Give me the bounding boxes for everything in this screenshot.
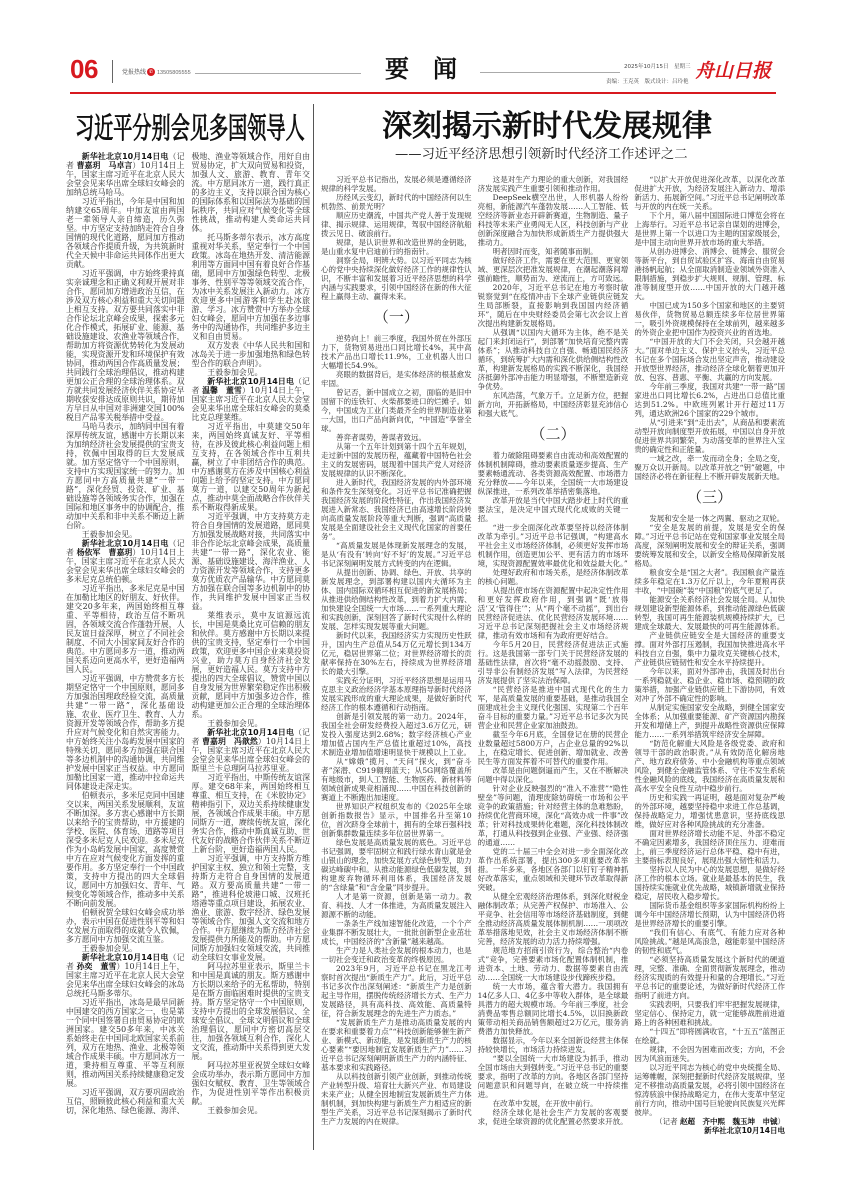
section-marker-2: （二） xyxy=(478,426,629,443)
section-3-paragraph: “我们有信心、有底气、有能力应对各种风险挑战。”越是风高浪急，越能彰显中国经济的… xyxy=(634,928,785,955)
main-story-subtitle: ——习近平经济思想引领新时代经济工作述评之二 xyxy=(395,147,688,163)
section-2-paragraph: 规范地方招商引资行为，综合整治“内卷式”竞争，完善要素市场化配置体制机制，推进资… xyxy=(478,946,629,982)
reporter-names: 孙奕 董雪 xyxy=(77,962,117,971)
article-paragraph: 习近平指出，冰岛是最早同新中国建交的西方国家之一，也是第一个同中国签署自由贸易协… xyxy=(66,998,185,1088)
article-paragraph: 伯顿表示，多米尼克同中国建交以来，两国关系发展顺利，友谊不断加深。多方衷心感谢中… xyxy=(66,791,185,908)
section-2-paragraph: 从创办进博会、消博会、链博会、服贸会等新平台，到自贸试验区扩容、海南自由贸易港扬… xyxy=(634,247,785,301)
article-paragraph: 习近平强调，中方始终秉持真实亲诚理念和正确义利观开展对非合作，愿同加方增进政治互… xyxy=(66,269,185,422)
section-1-paragraph: 从第一个五年计划到第十四个五年规划，走过新中国的发展历程，蕴藏着中国特色社会主义… xyxy=(321,442,472,478)
section-1-paragraph: 从提出创新、协调、绿色、开放、共享的新发展理念，到部署构建以国内大循环为主体、国… xyxy=(321,568,472,631)
section-2-paragraph: 改革是由问题倒逼而产生，又在不断解决问题中得以深化。 xyxy=(478,766,629,784)
intro-paragraph: 顺应历史潮流，中国共产党人善于发现规律、揭示规律、运用规律，驾驭中国经济航船拨云… xyxy=(321,211,472,238)
section-3-paragraph: 今年以来，面对外部冲击，我国及时出台一系列稳就业、稳企业、稳市场、稳预期的政策举… xyxy=(634,667,785,703)
dateline-paragraph: 新华社北京10月14日电（记者 杨依军 曹嘉玥）10月14日上午，国家主席习近平… xyxy=(66,539,185,584)
column-divider xyxy=(313,104,314,1150)
article-paragraph: 莱维表示，莫中友谊源远流长，中国是莫桑比克可信赖的朋友和伙伴。莫方感谢中方长期以… xyxy=(192,611,311,719)
section-2-paragraph: 统一大市场，蕴含着大潜力。我国拥有14亿多人口、4亿多中等收入群体，是全球最具潜… xyxy=(478,982,629,1036)
section-2-paragraph: 党的二十届三中全会对进一步全面深化改革作出系统部署，提出300多项重要改革举措。… xyxy=(478,847,629,892)
byline-dateline: 新华社北京10月14日电 xyxy=(634,1126,785,1135)
byline-reporters: （记者 赵超 齐中熙 魏玉坤 申铖） xyxy=(634,1117,785,1126)
header-rule-right xyxy=(480,72,620,73)
section-2-paragraph: 从健全宏观经济治理体系，到深化财税金融体制改革；从完善产权保护、市场准入、公平竞… xyxy=(478,892,629,946)
reporter-names: 曹嘉玥 冯歆然 xyxy=(202,737,258,746)
section-2-paragraph: 截至今年6月底，全国登记在册的民营企业数量超过5800万户，占企业总量的92%以… xyxy=(478,730,629,766)
section-1-paragraph: 2023年9月，习近平总书记在黑龙江考察时首次提出“新质生产力”。此后，习近平总… xyxy=(321,964,472,1018)
section-2-paragraph: 改革开放是当代中国大踏步赶上时代的重要法宝，是决定中国式现代化成败的关键一招。 xyxy=(478,496,629,523)
section-2-paragraph: 下个月，第八届中国国际进口博览会将在上海举行。习近平总书记亲自谋划的进博会，是世… xyxy=(634,211,785,247)
dateline-agency: 新华社北京10月14日电 xyxy=(82,953,169,962)
header-rule-left xyxy=(195,73,361,74)
section-1-paragraph: 创新是引领发展的第一动力。2024年，我国全社会研发经费投入超过3.6万亿元，研… xyxy=(321,712,472,757)
meeting-article-mozambique: 新华社北京10月14日电（记者 温馨 董雪）10月14日上午，国家主席习近平在北… xyxy=(192,377,311,728)
section-2-paragraph: 从提出使市场在资源配置中起决定性作用和更好发挥政府作用，到强调“既‘放得活’又‘… xyxy=(478,586,629,640)
section-2-paragraph: 经济全球化是社会生产力发展的客观要求，促进全球资源的优化配置必然要求开放。 xyxy=(478,1108,629,1126)
article-paragraph: 习近平指出，今年是中国和加纳建交65周年。中加友谊由两国老一辈领导人亲自缔造，历… xyxy=(66,197,185,269)
byline-suffix: ） xyxy=(777,1117,785,1126)
section-1-paragraph: 新时代以来，我国经济实力实现历史性跃升，国内生产总值从54万亿元增长到134万亿… xyxy=(321,631,472,676)
reporter-names: 温馨 董雪 xyxy=(202,386,242,395)
page-number: 06 xyxy=(70,55,98,83)
section-2-paragraph: 从“引进来”到“走出去”，从商品和要素流动型开放向制度型开放拓展，中国以自身开放… xyxy=(634,418,785,454)
section-2-paragraph: 中国已成为150多个国家和地区的主要贸易伙伴，货物贸易总额连续多年位居世界第一，… xyxy=(634,301,785,337)
section-2-paragraph: “民营经济是推进中国式现代化的生力军，是高质量发展的重要基础，是推动我国全面建成… xyxy=(478,685,629,730)
hotline-label: 党报热线 xyxy=(122,69,146,77)
header-red-rule xyxy=(70,92,776,94)
article-paragraph: 王毅参加会见。 xyxy=(66,530,185,539)
section-3-paragraph: 实践表明，只要我们牢牢把握发展规律，坚定信心、保持定力，就一定能够战胜前进道路上… xyxy=(634,1000,785,1027)
section-2-paragraph: 一域之改，牵一发而动全身；全局之变，聚万众以开新局。以改革开放之“钥”破题，中国… xyxy=(634,454,785,481)
article-paragraph: 习近平指出，中斯传统友谊深厚。建交68年来，两国始终相互尊重、相互支持，在《米胶… xyxy=(192,773,311,854)
section-1-paragraph: 2020年，习近平总书记在地方考察时敏锐察觉到“在疫情冲击下全球产业链供应链发生… xyxy=(478,283,629,328)
section-3-paragraph: 产业链供应链安全是大国经济的重要支撑。面对外部打压遏制，我国加快推进高水平科技自… xyxy=(634,631,785,667)
intro-paragraph: 习近平总书记指出，发展必须是遵循经济规律的科学发展。 xyxy=(321,175,472,193)
dateline-agency: 新华社北京10月14日电 xyxy=(207,728,294,737)
section-1-paragraph: 进入新时代，我国经济发展的内外部环境和条件发生深刻变化。习近平总书记准确把握我国… xyxy=(321,478,472,541)
reporter-names: 杨依军 曹嘉玥 xyxy=(77,548,133,557)
newspaper-page: 06 党报热线 ✆ 13505805555 要 闻 2025年10月15日 星期… xyxy=(0,0,842,1191)
section-2-paragraph: 着力破除阻碍要素自由流动和高效配置的体制机制障碍，推动要素质量逐步提高、生产要素… xyxy=(478,451,629,496)
article-paragraph: 习近平强调，中方支持莫方走符合自身国情的发展道路，愿同莫方加强发展战略对接，共同… xyxy=(192,512,311,611)
section-3-paragraph: “必须坚持高质量发展这个新时代的硬道理，完整、准确、全面贯彻新发展理念，推动经济… xyxy=(634,955,785,1000)
section-1-paragraph: 逆势向上！前三季度，我国外贸在外部压力下，货物贸易进出口同比增长4%，其中高技术… xyxy=(321,334,472,370)
section-1-paragraph: “发展新质生产力是推动高质量发展的内在要求和重要着力点”“科技创新能够催生新产业… xyxy=(321,1018,472,1072)
section-2-paragraph: 处理好政府和市场关系，是经济体制改革的核心问题。 xyxy=(478,568,629,586)
article-paragraph: 王毅参加会见。 xyxy=(66,944,185,953)
section-3-paragraph: 国际货币基金组织等多家国际机构纷纷上调今年中国经济增长预期，认为中国经济仍将是世… xyxy=(634,901,785,928)
section-3-paragraph: 坚持以人民为中心的发展思想，是做好经济工作的根本立场。就业是最基本的民生，我国持… xyxy=(634,865,785,901)
section-1-paragraph: 明者因时而变，知者随事而制。 xyxy=(478,247,629,256)
section-1-paragraph: 善弈者谋势，善谋者致远。 xyxy=(321,433,472,442)
section-1-paragraph: 生产力是人类社会发展的根本动力，也是一切社会变迁和政治变革的终极原因。 xyxy=(321,946,472,964)
dateline-agency: 新华社北京10月14日电 xyxy=(82,539,169,548)
section-marker-1: （一） xyxy=(321,309,472,326)
section-2-paragraph: 今年前三季度，我国对共建“一带一路”国家进出口同比增长6.2%，占进出口总值比重… xyxy=(634,382,785,418)
section-1-paragraph: 从“嫦娥”揽月、“天问”探火，到“奋斗者”深潜、C919翱翔蓝天；从5G网络覆盖… xyxy=(321,757,472,802)
section-1-paragraph: “高质量发展是体现新发展理念的发展，是从‘有没有’转向‘好不好’的发展。”习近平… xyxy=(321,541,472,568)
section-2-paragraph: “以扩大开放促进深化改革，以深化改革促进扩大开放，为经济发展注入新动力、增添新活… xyxy=(634,175,785,211)
section-1-paragraph: 绿色发展是高质量发展的底色。习近平总书记强调，要牢固树立和践行绿水青山就是金山银… xyxy=(321,838,472,892)
section-2-paragraph: 数据显示，今年以来全国新设经营主体保持较快增长，市场活力持续迸发。 xyxy=(478,1036,629,1054)
intro-paragraph: 洞察全局，明辨大势。以习近平同志为核心的党中央持续深化做好经济工作的规律性认识，… xyxy=(321,256,472,301)
section-2-paragraph: “要以全国统一大市场建设为抓手，推动全国市场由大到强转变。”习近平总书记的重要要… xyxy=(478,1054,629,1099)
section-3-paragraph: “防范化解重大风险是各级党委、政府和领导干部的政治职责。”从有效防范化解房地产、… xyxy=(634,739,785,793)
article-paragraph: 习近平强调，中方支持斯方维护国家主权、独立和领土完整，支持斯方走符合自身国情的发… xyxy=(192,854,311,962)
section-2-paragraph: 在改革中发展，在开放中前行。 xyxy=(478,1099,629,1108)
main-story-body: 习近平总书记指出，发展必须是遵循经济规律的科学发展。 历经风云变幻，新时代的中国… xyxy=(321,175,785,1135)
phone-icon: ✆ xyxy=(147,68,155,76)
section-1-paragraph: 做好经济工作，需要在更大范围、更宽领域、更深层次把准发展规律，在潮起潮落间增强前… xyxy=(478,256,629,283)
section-1-paragraph: 世界知识产权组织发布的《2025年全球创新指数报告》显示，中国排名升至第10位，… xyxy=(321,802,472,838)
main-story-headline: 深刻揭示新时代发展规律 xyxy=(382,110,712,144)
masthead-logo: 舟山日报 xyxy=(695,58,771,84)
header-divider xyxy=(112,60,113,83)
byline-names: 赵超 齐中熙 魏玉坤 申铖 xyxy=(680,1117,778,1126)
editor-credits: 责编：王克英 版式设计：吕玲艳 xyxy=(606,79,689,86)
section-2-paragraph: 今年5月20日，民营经济促进法正式施行。这是我国第一部专门关于民营经济发展的基础… xyxy=(478,640,629,685)
section-1-paragraph: 一条条生产线加速智能化改造，一个个产业集群不断发展壮大，一批批创新型企业茁壮成长… xyxy=(321,919,472,946)
section-2-paragraph: 针对企业反映强烈的“准入不准营”“隐性壁垒”等问题，清理废除妨碍统一市场和公平竞… xyxy=(478,784,629,847)
section-3-paragraph: 历史和实践一再证明，越是面对复杂严峻的外部环境，越要坚持稳中求进工作总基调，保持… xyxy=(634,793,785,829)
left-story-headline: 习近平分别会见多国领导人 xyxy=(75,112,305,144)
section-3-paragraph: 粮食安全是“国之大者”。我国粮食产量连续多年稳定在1.3万亿斤以上，今年夏粮再获… xyxy=(634,568,785,595)
dateline-paragraph: 新华社北京10月14日电（记者 曹嘉玥 马卓言）10月14日上午，国家主席习近平… xyxy=(66,152,185,197)
section-2-paragraph: “中国开放的大门不会关闭，只会越开越大。”面对单边主义、保护主义抬头，习近平总书… xyxy=(634,337,785,382)
section-3-paragraph: 面对世界经济增长动能不足、外部不稳定不确定因素增多，我国经济顶住压力、迎难而上，… xyxy=(634,829,785,865)
section-3-paragraph: 发展和安全是一体之两翼、驱动之双轮。 xyxy=(634,514,785,523)
article-paragraph: 双方发表《中华人民共和国和冰岛关于进一步加强地热和绿色转型合作的联合声明》。 xyxy=(192,341,311,368)
article-paragraph: 习近平指出，中莫建交50年来，两国始终真诚友好、平等相待，在涉及彼此核心利益问题… xyxy=(192,422,311,512)
section-marker-3: （三） xyxy=(634,489,785,506)
section-3-paragraph: “十四五”即将圆满收官，“十五五”蓝图正在绘就。 xyxy=(634,1027,785,1045)
article-paragraph: 王毅参加会见。 xyxy=(192,1106,311,1115)
section-3-paragraph: 以习近平同志为核心的党中央统揽全局、运筹帷幄，深刻把握新时代经济发展规律，坚定不… xyxy=(634,1063,785,1117)
dateline-paragraph: 新华社北京10月14日电（记者 温馨 董雪）10月14日上午，国家主席习近平在北… xyxy=(192,377,311,422)
article-paragraph: 托马斯多蒂尔表示，冰方高度重视对华关系，坚定奉行一个中国政策。冰岛在地热开发、清… xyxy=(192,233,311,341)
article-paragraph: 习近平强调，中方赞赏多方长期坚定恪守一个中国原则，愿同多方加强治国理政经验交流，… xyxy=(66,674,185,791)
article-paragraph: 习近平指出，多米尼克是中国在加勒比地区的好朋友、好伙伴。建交20多年来，两国始终… xyxy=(66,584,185,674)
issue-date: 2025年10月15日 星期三 xyxy=(624,64,691,71)
section-3-paragraph: “安全是发展的前提，发展是安全的保障。”习近平总书记站在党和国家事业发展全局高度… xyxy=(634,523,785,568)
article-paragraph: 伯顿祝贺全球妇女峰会成功举办，表示中国在促进性别平等和妇女发展方面取得的成就令人… xyxy=(66,908,185,944)
section-1-paragraph: 这是对生产力理论的重大创新，对我国经济发展实践产生重要引领和推动作用。 xyxy=(478,175,629,193)
section-2-paragraph: “进一步全面深化改革要坚持以经济体制改革为牵引。”习近平总书记强调，“构建高水平… xyxy=(478,523,629,568)
article-paragraph: 王毅参加会见。 xyxy=(192,719,311,728)
dateline-agency: 新华社北京10月14日电 xyxy=(82,152,169,161)
section-1-paragraph: 亮眼的数据背后，是实体经济的根基愈发牢固。 xyxy=(321,370,472,388)
section-3-paragraph: 从制定实施国家安全战略，到健全国家安全体系；从加强重要能源、矿产资源国内勘探开发… xyxy=(634,703,785,739)
section-1-paragraph: 曾记否，新中国成立之初，面临的是旧中国留下的连铁钉、火柴都要进口的烂摊子。如今，… xyxy=(321,388,472,433)
article-paragraph: 阿马拉苏里亚表示，斯里兰卡和中国是真诚的朋友。斯方感谢中方长期以来给予的无私帮助… xyxy=(192,962,311,1061)
hotline-number: 13505805555 xyxy=(157,70,191,77)
dateline-agency: 新华社北京10月14日电 xyxy=(207,377,294,386)
section-1-paragraph: DeepSeek横空出世，人形机器人纷纷亮相，新能源汽车蓬勃发展……人工智能、低… xyxy=(478,193,629,247)
section-1-paragraph: 从强调“以国内大循环为主体，绝不是关起门来封闭运行”，到部署“加快培育完整内需体… xyxy=(478,328,629,391)
meeting-article-sri-lanka: 新华社北京10月14日电（记者 曹嘉玥 冯歆然）10月14日上午，国家主席习近平… xyxy=(192,728,311,1115)
reporter-names: 曹嘉玥 马卓言 xyxy=(77,161,133,170)
section-1-paragraph: 人才是第一资源，创新是第一动力。教育、科技、人才一体推进，为高质量发展注入源源不… xyxy=(321,892,472,919)
dateline-paragraph: 新华社北京10月14日电（记者 孙奕 董雪）10月14日上午，国家主席习近平在北… xyxy=(66,953,185,998)
section-1-paragraph: 东风浩荡，气象万千。立足新方位，把握新方向，开拓新格局，中国经济彰显充沛信心和强… xyxy=(478,391,629,418)
intro-paragraph: 规律，是认识世界和改造世界的金钥匙，是山重水复中启迪前行的指南针。 xyxy=(321,238,472,256)
article-paragraph: 王毅参加会见。 xyxy=(192,368,311,377)
meeting-article-ghana: 新华社北京10月14日电（记者 曹嘉玥 马卓言）10月14日上午，国家主席习近平… xyxy=(66,152,185,539)
section-3-paragraph: 规律，不会因为困难而改变；方向，不会因为风浪而迷失。 xyxy=(634,1045,785,1063)
left-story-body: 新华社北京10月14日电（记者 曹嘉玥 马卓言）10月14日上午，国家主席习近平… xyxy=(66,152,310,1115)
meeting-article-dominica: 新华社北京10月14日电（记者 杨依军 曹嘉玥）10月14日上午，国家主席习近平… xyxy=(66,539,185,953)
dateline-paragraph: 新华社北京10月14日电（记者 曹嘉玥 冯歆然）10月14日上午，国家主席习近平… xyxy=(192,728,311,773)
section-1-paragraph: 从以科技创新引领产业创新，到推动传统产业转型升级、培育壮大新兴产业、布局建设未来… xyxy=(321,1072,472,1126)
section-1-paragraph: 实践充分证明，习近平经济思想是运用马克思主义政治经济学基本原理指导新时代经济发展… xyxy=(321,676,472,712)
byline-prefix: （记者 xyxy=(655,1117,680,1126)
section-title: 要 闻 xyxy=(385,56,457,82)
intro-paragraph: 历经风云变幻，新时代的中国经济何以生机勃然、前景光明？ xyxy=(321,193,472,211)
article-paragraph: 马哈马表示，加纳同中国有着深厚传统友谊，感谢中方长期以来为加纳经济社会发展提供的… xyxy=(66,422,185,530)
article-paragraph: 阿马拉苏里亚祝贺全球妇女峰会成功举办，表示斯方愿同中方加强妇女赋权、教育、卫生等… xyxy=(192,1061,311,1106)
section-3-paragraph: 能源安全关系经济社会发展全局。从加快规划建设新型能源体系，到推动能源绿色低碳转型… xyxy=(634,595,785,631)
